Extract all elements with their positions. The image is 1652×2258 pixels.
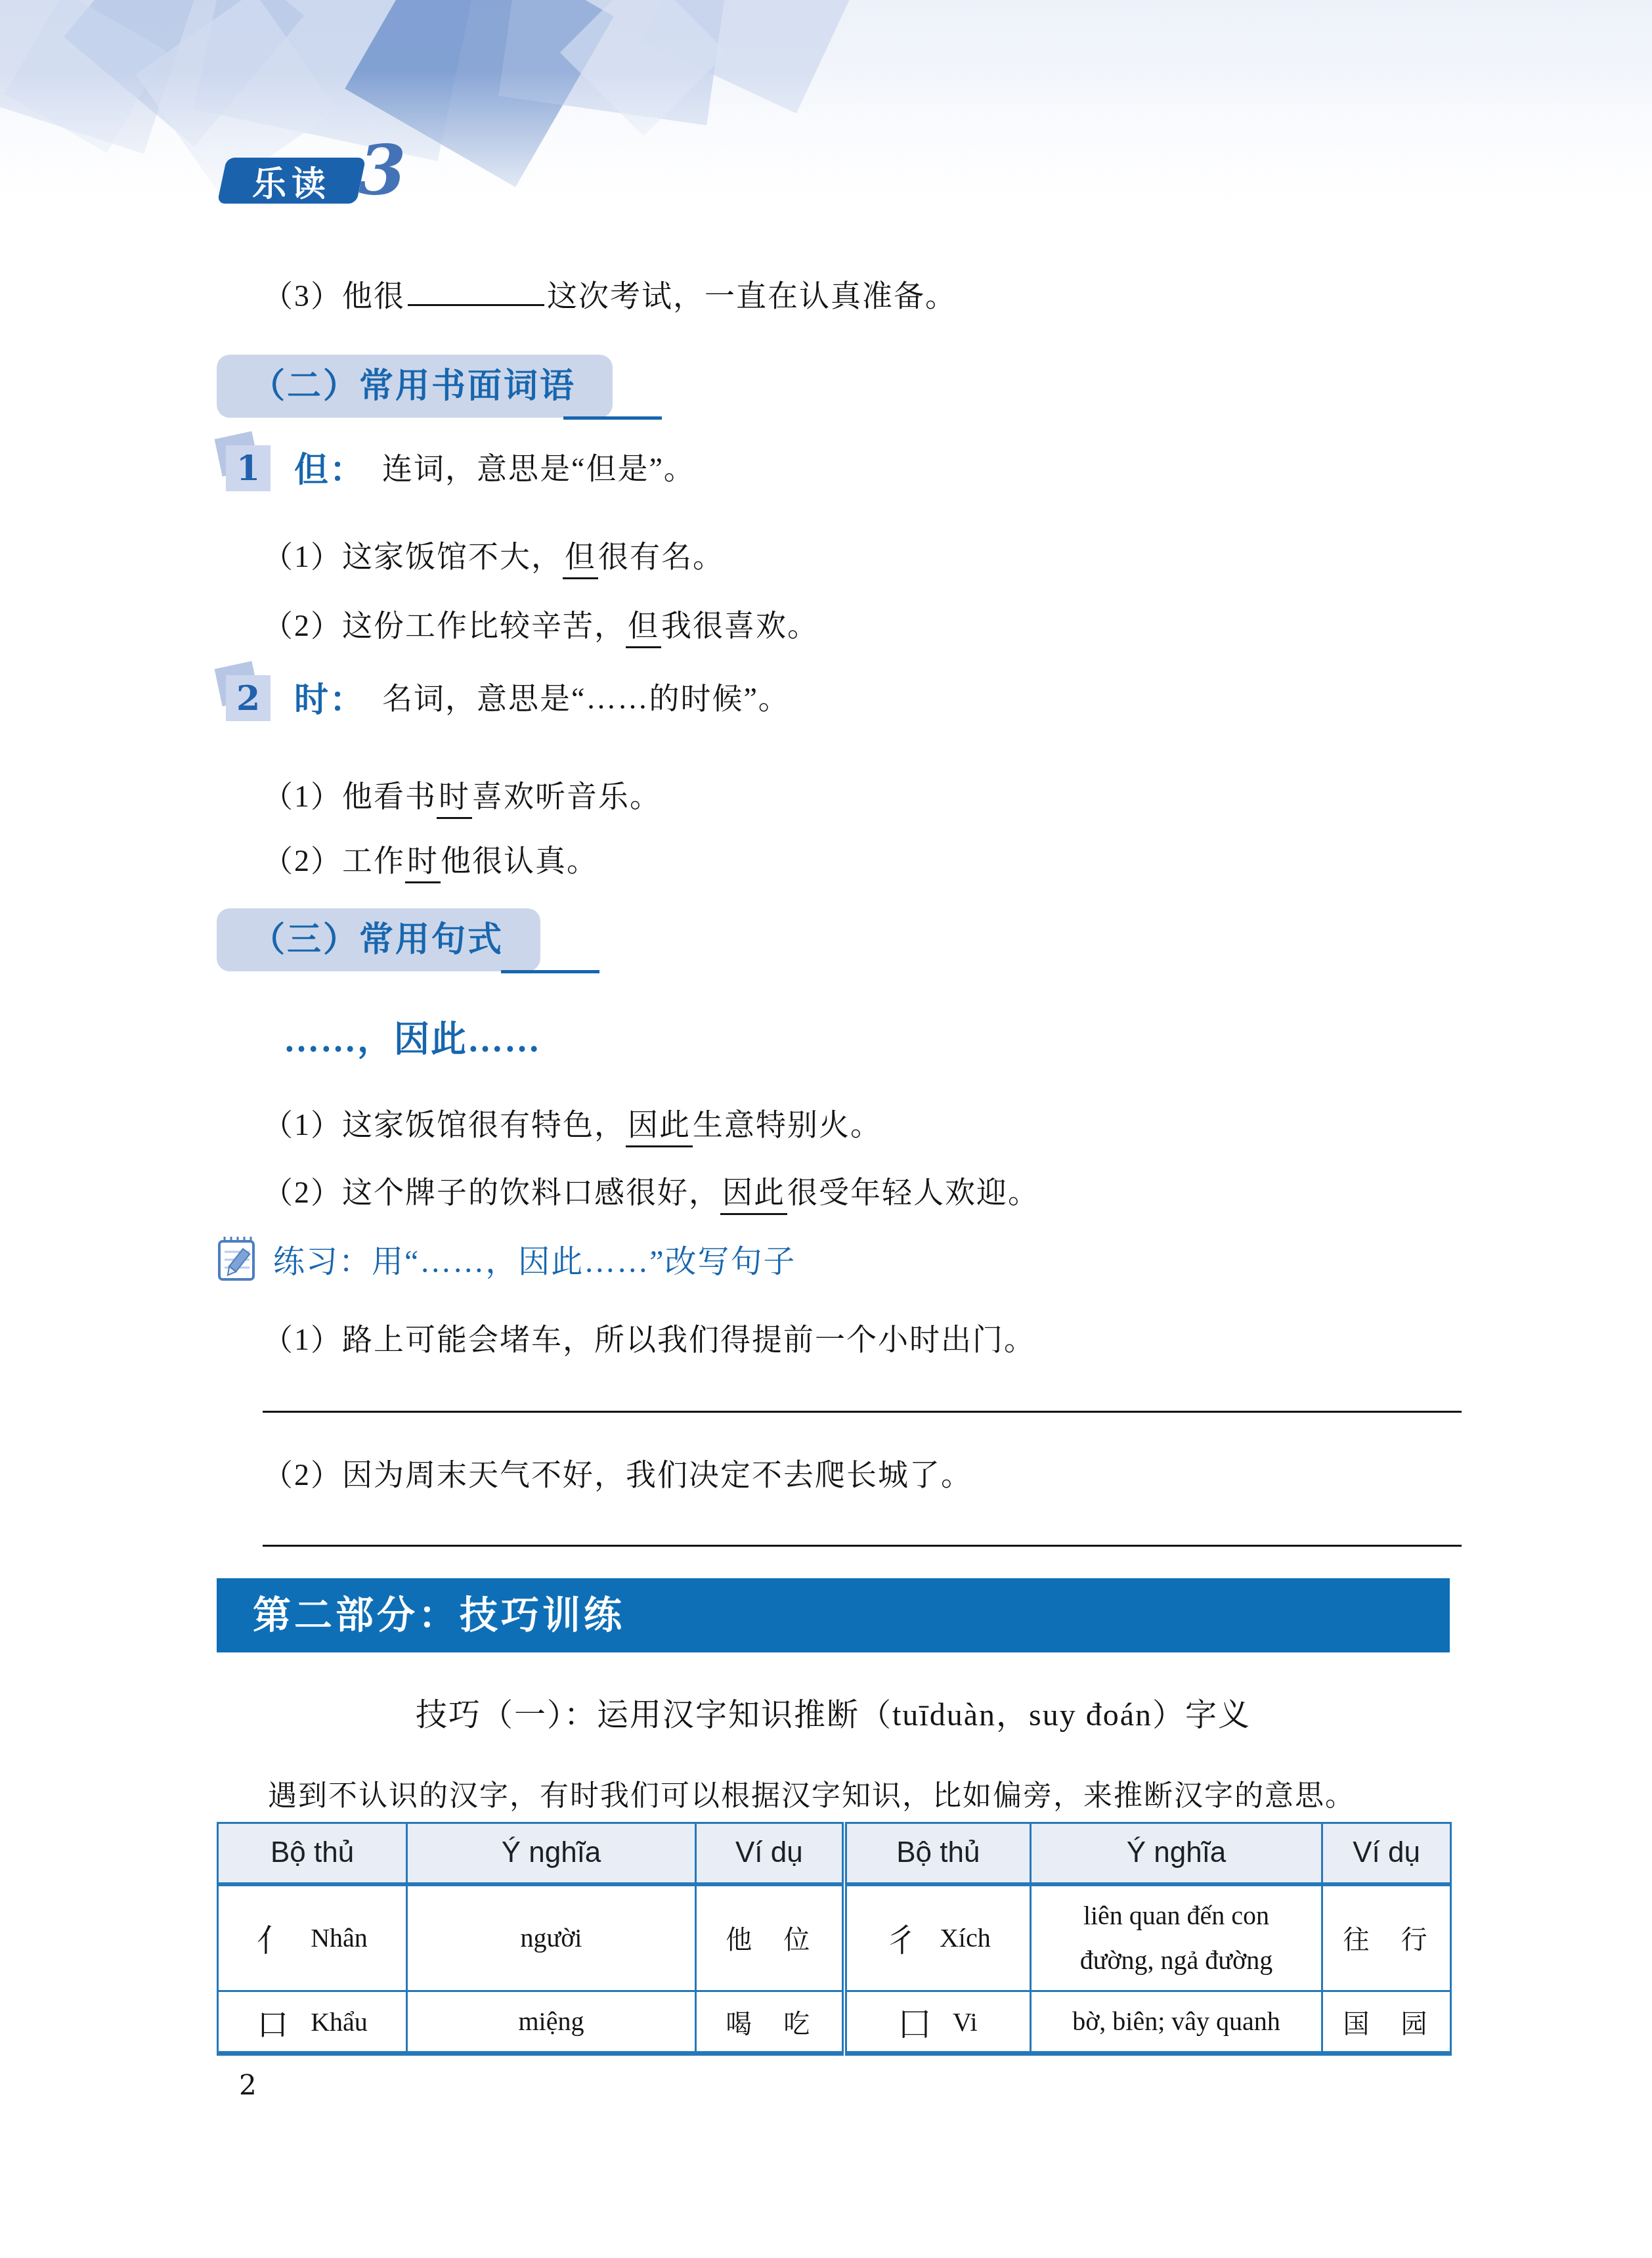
word-term: 但： [294, 442, 365, 491]
underlined-word: 因此 [720, 1176, 787, 1215]
radical-char: 囗 [899, 1999, 930, 2045]
underlined-word: 但 [563, 540, 598, 579]
example-pre: （1）这家饭馆不大， [263, 540, 563, 573]
col-header: Ý nghĩa [407, 1823, 696, 1884]
table-row: 亻Nhân người 他 位 彳Xích liên quan đến con … [218, 1884, 1451, 1991]
meaning-cell: người [407, 1884, 696, 1991]
notebook-pencil-icon [217, 1235, 259, 1282]
word-definition: 名词，意思是“……的时候”。 [382, 675, 790, 718]
number-badge: 1 [221, 439, 276, 494]
fill-in-post: 这次考试，一直在认真准备。 [547, 279, 957, 313]
badge-number: 1 [226, 445, 271, 491]
word-definition: 连词，意思是“但是”。 [382, 445, 695, 488]
section-header-underline [563, 416, 662, 420]
radical-char: 彳 [886, 1915, 917, 1960]
page-number: 2 [239, 2069, 257, 2101]
radical-cell: 囗Vi [844, 1991, 1031, 2054]
radical-name: Xích [940, 1922, 991, 1953]
answer-line [263, 1411, 1462, 1413]
radical-name: Vi [953, 2006, 978, 2037]
radical-name: Nhân [311, 1922, 368, 1953]
example-sentence: （1）他看书时喜欢听音乐。 [263, 777, 661, 816]
logo-plate: 乐读 [217, 158, 366, 204]
radical-cell: 口Khẩu [218, 1991, 407, 2054]
example-pre: （2）这个牌子的饮料口感很好， [263, 1176, 720, 1209]
col-header: Ví dụ [696, 1823, 844, 1884]
radical-char: 口 [257, 1999, 288, 2045]
underlined-word: 但 [626, 609, 661, 648]
example-post: 我很喜欢。 [661, 609, 819, 642]
logo-title: 乐读 [252, 156, 331, 206]
col-header: Ví dụ [1322, 1823, 1451, 1884]
example-sentence: （1）这家饭馆很有特色，因此生意特别火。 [263, 1105, 882, 1145]
part2-banner: 第二部分：技巧训练 [217, 1578, 1450, 1652]
technique-title: 技巧（一）：运用汉字知识推断（tuīduàn，suy đoán）字义 [217, 1689, 1450, 1735]
practice-label: 练习：用“……，因此……”改写句子 [273, 1236, 796, 1281]
word-item-1: 1 但： 连词，意思是“但是”。 [221, 439, 695, 494]
number-badge: 2 [221, 669, 276, 724]
example-sentence: （2）工作时他很认真。 [263, 841, 598, 881]
underlined-word: 时 [405, 844, 441, 883]
fill-in-blank [408, 276, 544, 306]
section-header-3-box: （三）常用句式 [217, 908, 540, 971]
example-pre: （2）这份工作比较辛苦， [263, 609, 626, 642]
col-header: Bộ thủ [218, 1823, 407, 1884]
logo-volume-number: 3 [359, 137, 406, 205]
fill-in-pre: （3）他很 [263, 279, 405, 313]
example-chars-cell: 国 园 [1322, 1991, 1451, 2054]
example-sentence: （1）这家饭馆不大，但很有名。 [263, 537, 724, 577]
example-post: 很有名。 [598, 540, 724, 573]
example-chars-cell: 他 位 [696, 1884, 844, 1991]
practice-sentence-2: （2）因为周末天气不好，我们决定不去爬长城了。 [263, 1455, 972, 1495]
practice-sentence-1: （1）路上可能会堵车，所以我们得提前一个小时出门。 [263, 1320, 1035, 1360]
badge-number: 2 [226, 675, 271, 721]
practice-row: 练习：用“……，因此……”改写句子 [217, 1235, 796, 1282]
sentence-pattern: ……，因此…… [284, 1011, 541, 1062]
answer-line [263, 1545, 1462, 1547]
word-item-2: 2 时： 名词，意思是“……的时候”。 [221, 669, 790, 724]
example-post: 很受年轻人欢迎。 [787, 1176, 1039, 1209]
example-sentence: （2）这个牌子的饮料口感很好，因此很受年轻人欢迎。 [263, 1173, 1039, 1212]
example-post: 生意特别火。 [693, 1108, 882, 1141]
example-pre: （1）他看书 [263, 780, 437, 813]
radicals-table: Bộ thủ Ý nghĩa Ví dụ Bộ thủ Ý nghĩa Ví d… [217, 1822, 1452, 2056]
underlined-word: 时 [437, 780, 472, 819]
fill-in-sentence: （3）他很这次考试，一直在认真准备。 [263, 276, 957, 316]
meaning-cell: liên quan đến con đường, ngả đường [1031, 1884, 1322, 1991]
table-header-row: Bộ thủ Ý nghĩa Ví dụ Bộ thủ Ý nghĩa Ví d… [218, 1823, 1451, 1884]
radical-char: 亻 [257, 1915, 288, 1960]
meaning-cell: miệng [407, 1991, 696, 2054]
table-row: 口Khẩu miệng 喝 吃 囗Vi bờ, biên; vây quanh … [218, 1991, 1451, 2054]
example-post: 喜欢听音乐。 [472, 780, 661, 813]
section-header-2: （二）常用书面词语 [217, 355, 613, 421]
example-post: 他很认真。 [441, 844, 598, 877]
word-term: 时： [294, 672, 365, 721]
section-header-underline [501, 970, 599, 973]
underlined-word: 因此 [626, 1108, 693, 1147]
example-chars-cell: 喝 吃 [696, 1991, 844, 2054]
meaning-cell: bờ, biên; vây quanh [1031, 1991, 1322, 2054]
col-header: Ý nghĩa [1031, 1823, 1322, 1884]
radical-cell: 亻Nhân [218, 1884, 407, 1991]
example-pre: （1）这家饭馆很有特色， [263, 1108, 626, 1141]
section-header-3: （三）常用句式 [217, 908, 540, 975]
radical-cell: 彳Xích [844, 1884, 1031, 1991]
textbook-page: 乐读 3 （3）他很这次考试，一直在认真准备。 （二）常用书面词语 1 但： 连… [0, 0, 1652, 2258]
technique-intro: 遇到不认识的汉字，有时我们可以根据汉字知识，比如偏旁，来推断汉字的意思。 [268, 1772, 1469, 1814]
radical-name: Khẩu [311, 2006, 368, 2037]
example-chars-cell: 往 行 [1322, 1884, 1451, 1991]
example-sentence: （2）这份工作比较辛苦，但我很喜欢。 [263, 606, 819, 646]
section-header-2-box: （二）常用书面词语 [217, 355, 613, 418]
example-pre: （2）工作 [263, 844, 405, 877]
col-header: Bộ thủ [844, 1823, 1031, 1884]
